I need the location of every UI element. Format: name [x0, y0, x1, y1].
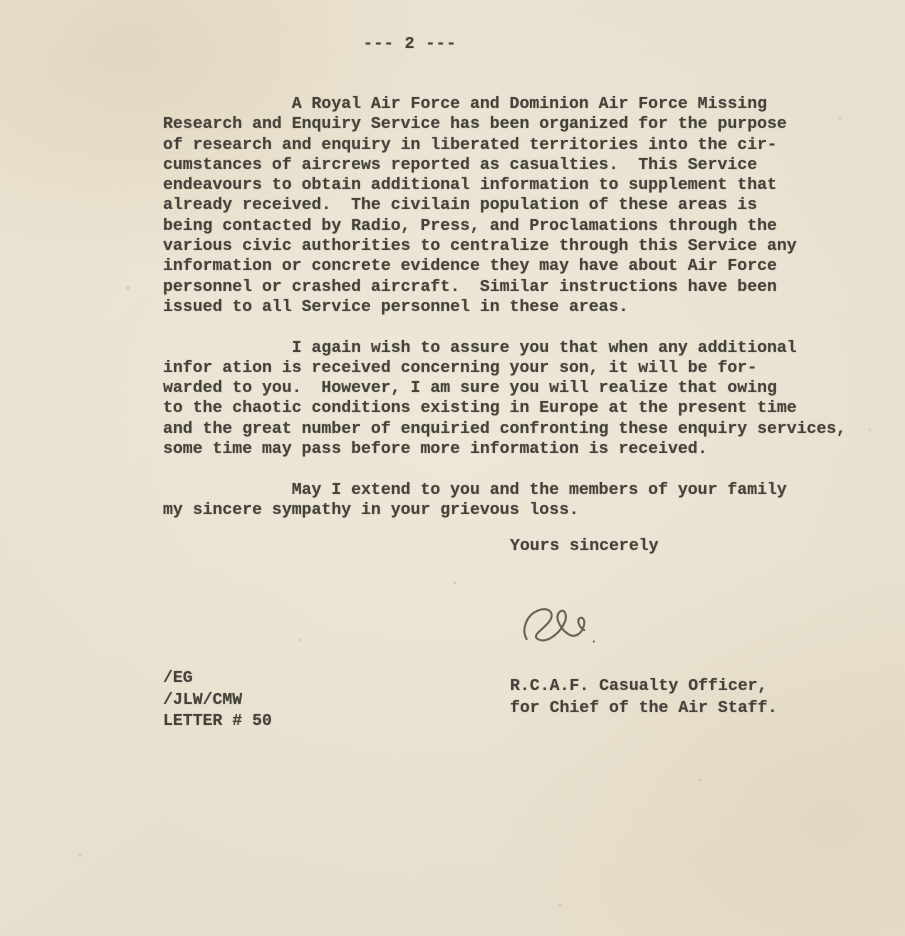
paragraph-missing-research-service: A Royal Air Force and Dominion Air Force… — [163, 94, 846, 317]
letter-page: --- 2 --- A Royal Air Force and Dominion… — [0, 0, 905, 936]
signoff-officer-title: R.C.A.F. Casualty Officer, — [510, 675, 777, 697]
ref-line-letter-number: LETTER # 50 — [163, 710, 272, 732]
paragraph-assurance: I again wish to assure you that when any… — [163, 338, 846, 460]
closing-salutation: Yours sincerely — [510, 536, 659, 556]
signature-scribble-icon — [515, 594, 618, 657]
signoff-authority-line: for Chief of the Air Staff. — [510, 697, 777, 719]
reference-block: /EG /JLW/CMW LETTER # 50 — [163, 667, 272, 732]
page-number-header: --- 2 --- — [363, 34, 457, 54]
ref-line-typist-initials: /JLW/CMW — [163, 689, 272, 711]
ref-line-initials: /EG — [163, 667, 272, 689]
signoff-block: R.C.A.F. Casualty Officer, for Chief of … — [510, 675, 777, 719]
letter-body: A Royal Air Force and Dominion Air Force… — [163, 94, 846, 541]
paragraph-sympathy: May I extend to you and the members of y… — [163, 480, 846, 521]
